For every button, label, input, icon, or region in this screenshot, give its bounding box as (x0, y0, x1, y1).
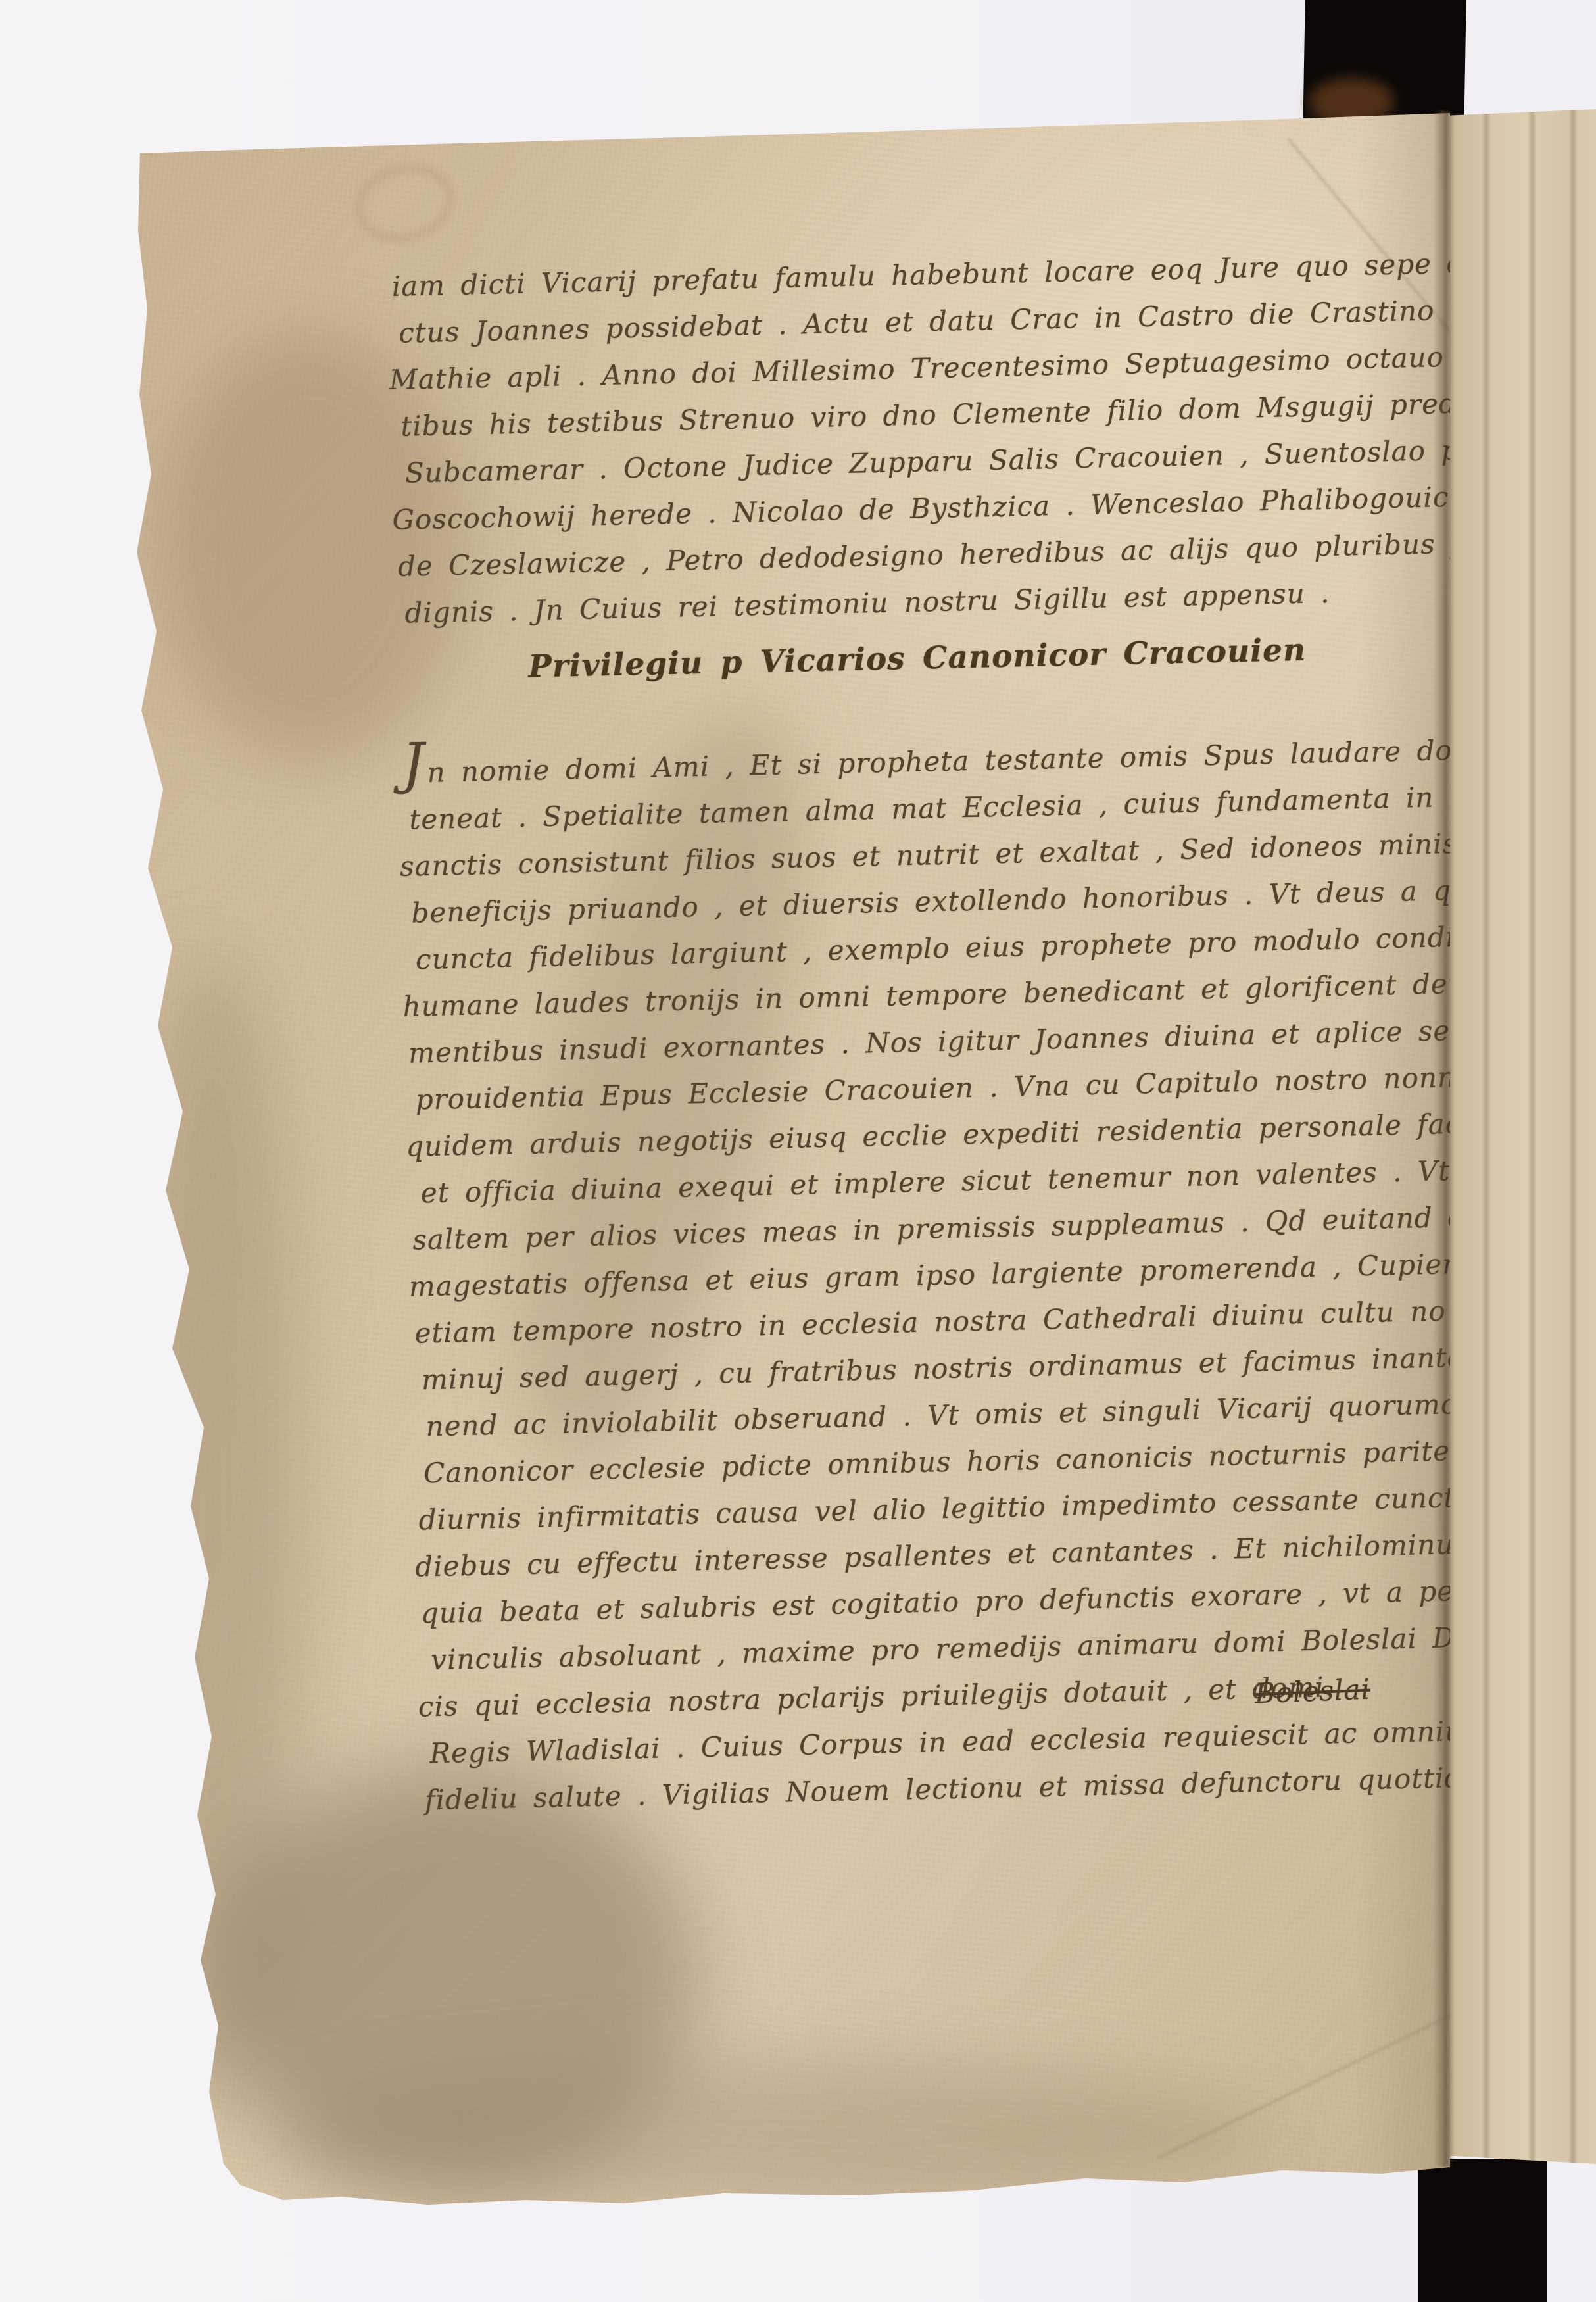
page-crease (1482, 109, 1491, 2164)
document-heading: Privilegiu p Vicarios Canonicor Cracouie… (528, 623, 1466, 692)
manuscript-scan: iam dicti Vicarij prefatu famulu habebun… (0, 0, 1596, 2302)
privilege-paragraph: Jn nomie domi Ami , Et si propheta testa… (402, 726, 1490, 1823)
bottom-edge-stain (283, 2059, 1269, 2210)
book-strap-bottom (1418, 2159, 1547, 2302)
closing-paragraph: iam dicti Vicarij prefatu famulu habebun… (391, 240, 1464, 637)
adjacent-page-edge (1443, 109, 1596, 2164)
book-strap-top (1303, 0, 1466, 129)
struck-through-word: Boleslai (1254, 1666, 1372, 1717)
page-crease (1528, 109, 1537, 2164)
manuscript-page: iam dicti Vicarij prefatu famulu habebun… (0, 0, 1596, 2302)
page-crease (1568, 109, 1578, 2164)
handwritten-text-block: iam dicti Vicarij prefatu famulu habebun… (391, 240, 1490, 1824)
gutter-crease-shadow (1434, 110, 1455, 2167)
